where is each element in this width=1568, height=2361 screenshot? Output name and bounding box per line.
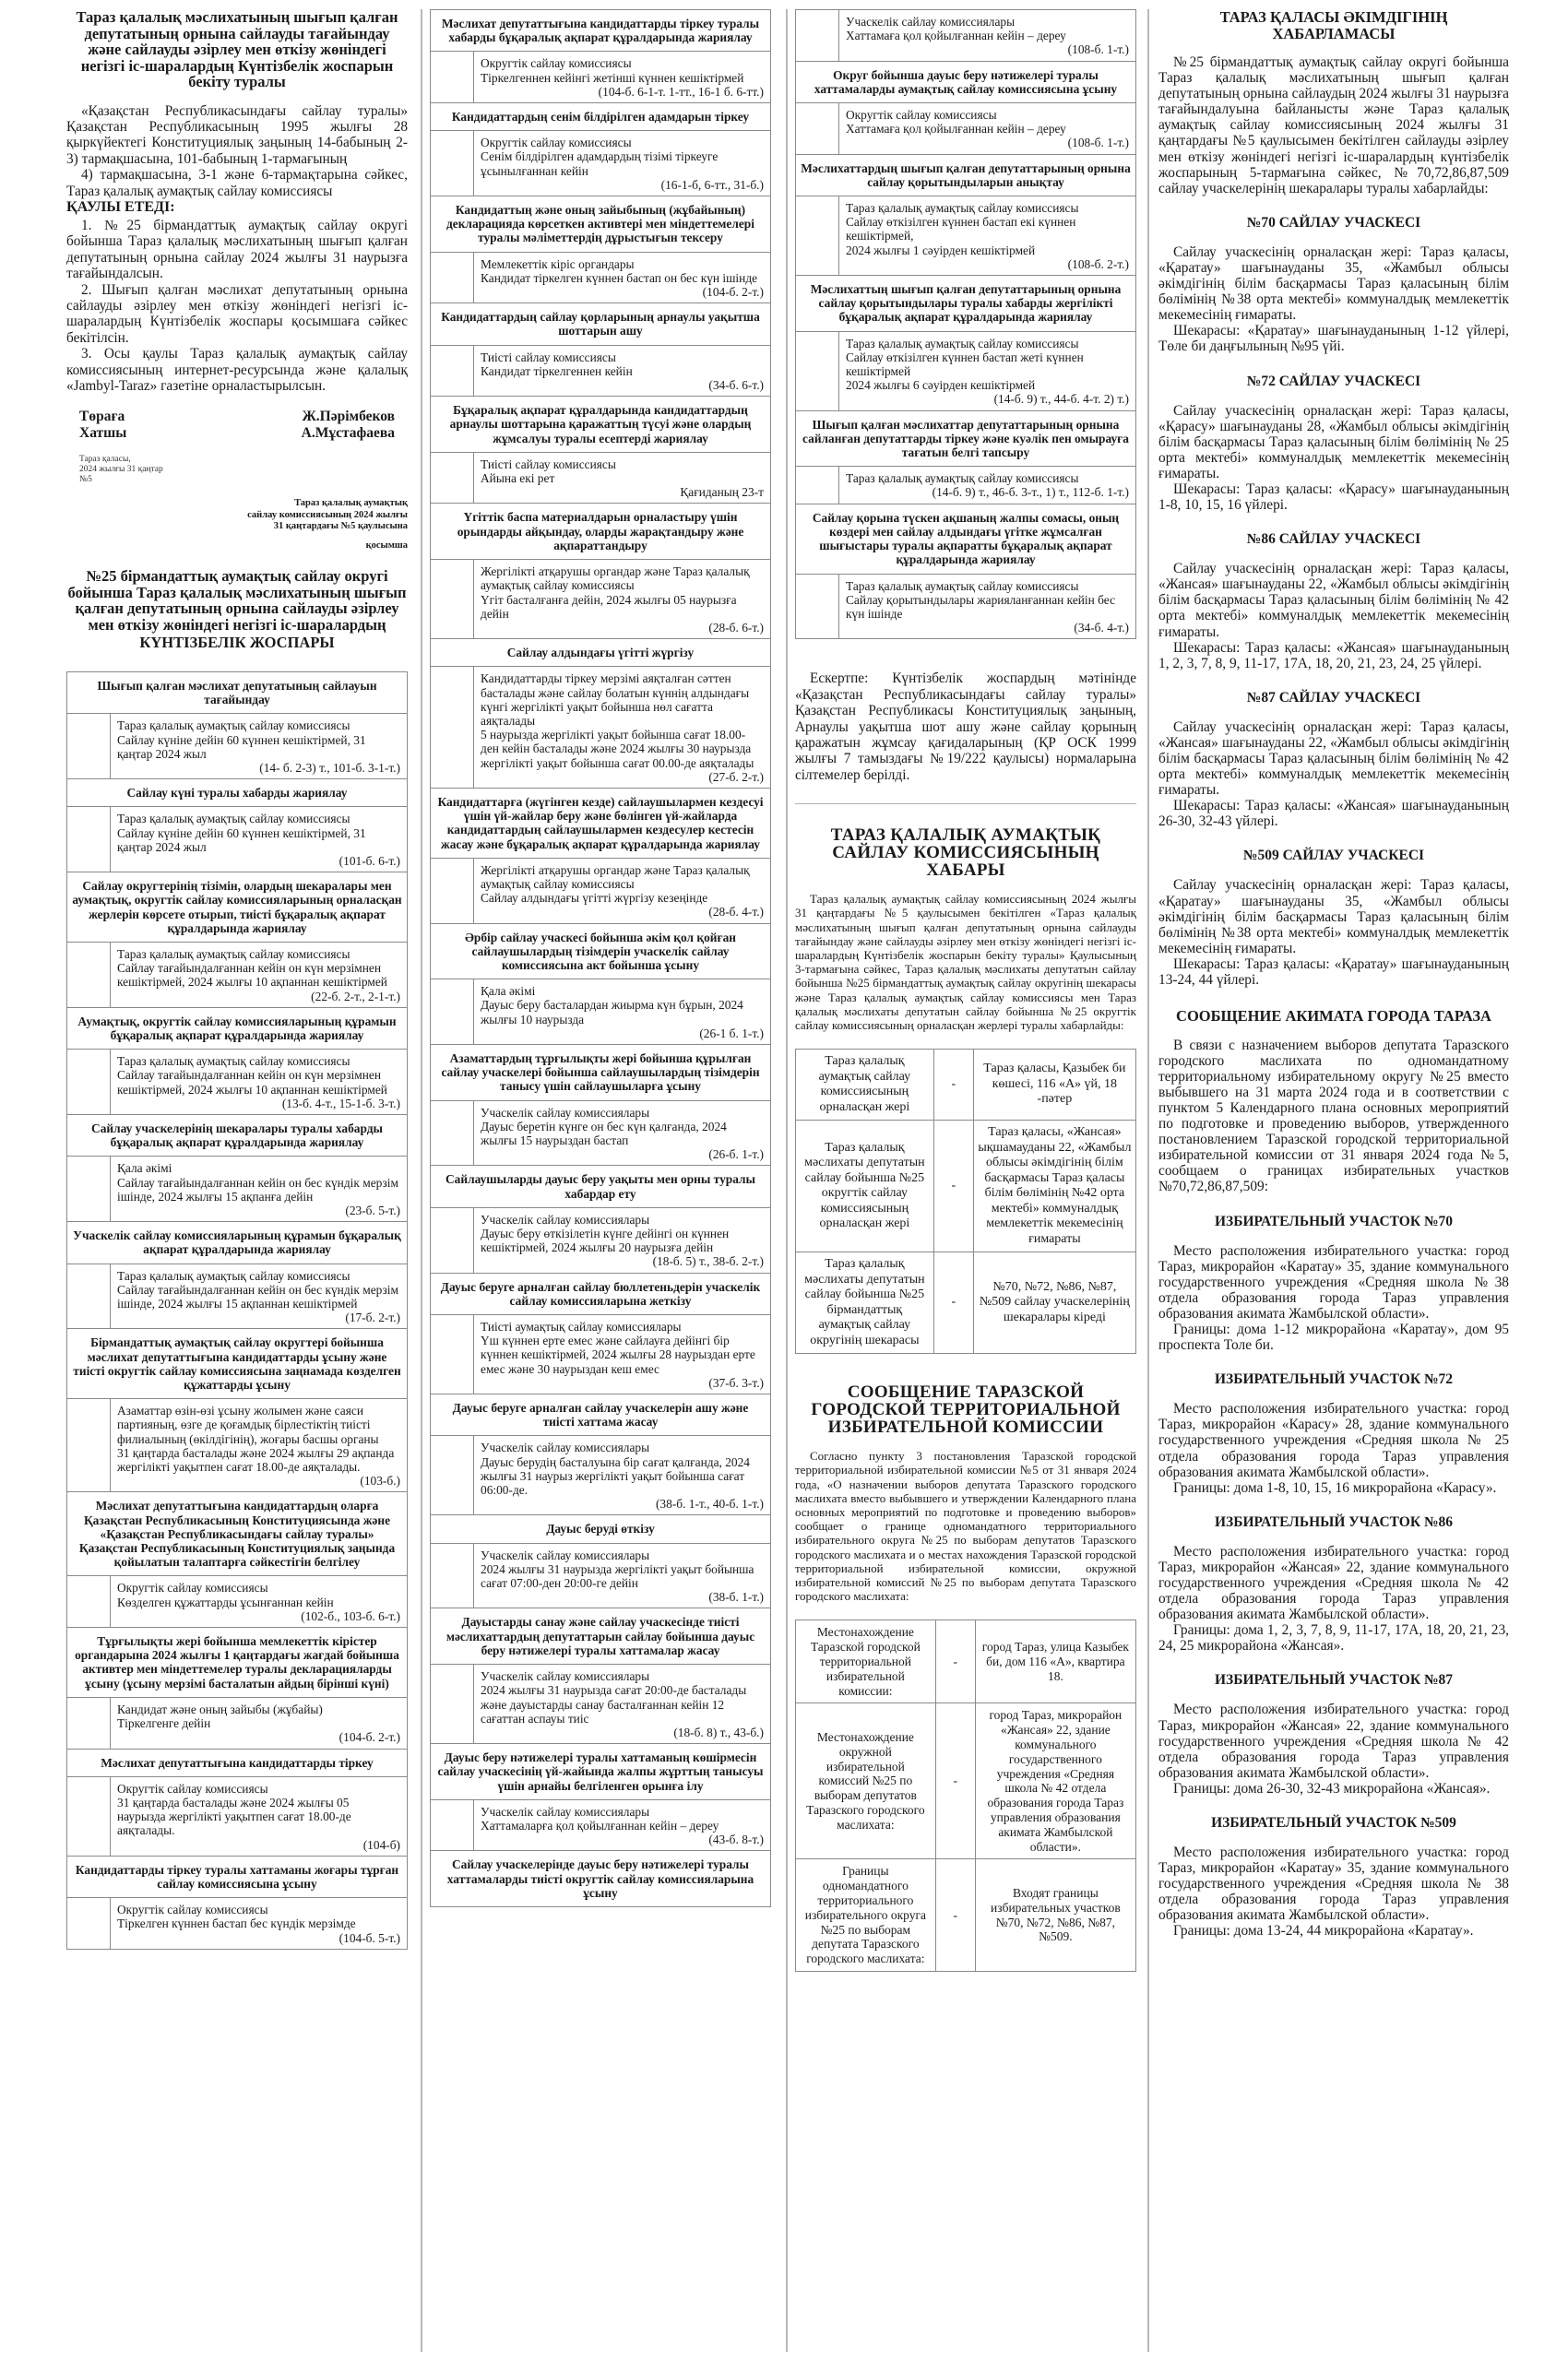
plan-row-detail: Жергілікті атқарушы органдар және Тараз …: [431, 560, 771, 639]
plan-row-heading: Дауыс беру нәтижелері туралы хаттаманың …: [431, 1744, 771, 1800]
precinct-bounds: Границы: дома 1-12 микрорайона «Каратау»…: [1158, 1322, 1509, 1353]
law-reference: Қағиданың 23-т: [481, 485, 764, 499]
akimat-kz-title: ТАРАЗ ҚАЛАСЫ ӘКІМДІГІНІҢ ХАБАРЛАМАСЫ: [1158, 9, 1509, 42]
plan-detail: Тараз қалалық аумақтық сайлау комиссиясы…: [839, 467, 1136, 504]
precinct-location: Место расположения избирательного участк…: [1158, 1845, 1509, 1923]
law-reference: (102-б., 103-б. 6-т.): [117, 1609, 400, 1623]
plan-detail: Кандидаттарды тіркеу мерзімі аяқталған с…: [474, 667, 771, 789]
plan-row-heading: Учаскелік сайлау комиссияларының құрамын…: [67, 1222, 408, 1264]
plan-detail-line: Учаскелік сайлау комиссиялары: [481, 1669, 764, 1683]
plan-detail-line: Тараз қалалық аумақтық сайлау комиссиясы: [117, 812, 400, 825]
ru-location-table: Местонахождение Таразской городской терр…: [795, 1619, 1136, 1972]
plan-row-heading: Кандидаттардың сенім білдірілген адамдар…: [431, 103, 771, 131]
law-reference: (14- б. 2-3) т., 101-б. 3-1-т.): [117, 761, 400, 775]
law-reference: (14-б. 9) т., 44-б. 4-т. 2) т.): [846, 392, 1129, 406]
precinct-location: Место расположения избирательного участк…: [1158, 1243, 1509, 1322]
plan-row-heading: Кандидаттарға (жүгінген кезде) сайлаушыл…: [431, 788, 771, 858]
annex-reference: Тараз қалалық аумақтық сайлау комиссиясы…: [66, 498, 408, 552]
plan-row-detail: Кандидат және оның зайыбы (жұбайы)Тіркел…: [67, 1697, 408, 1749]
plan-detail: Учаскелік сайлау комиссиялары2024 жылғы …: [474, 1543, 771, 1608]
plan-detail-line: Сенім білдірілген адамдардың тізімі тірк…: [481, 149, 764, 177]
column-divider: [1147, 9, 1149, 2352]
plan-row-heading: Азаматтардың тұрғылықты жері бойынша құр…: [431, 1044, 771, 1100]
plan-activity: Әрбір сайлау учаскесі бойынша әкім қол қ…: [431, 923, 771, 979]
plan-row-heading: Округ бойынша дауыс беру нәтижелері тура…: [796, 61, 1136, 102]
calendar-plan-table-part1: Шығып қалған мәслихат депутатының сайлау…: [66, 671, 408, 1950]
law-reference: (18-б. 5) т., 38-б. 2-т.): [481, 1254, 764, 1268]
plan-detail-line: Сайлау тағайындалғаннан кейін он бес күн…: [117, 1176, 400, 1204]
plan-row-detail: Тиісті сайлау комиссиясыАйына екі ретҚағ…: [431, 452, 771, 504]
precinct-title: ИЗБИРАТЕЛЬНЫЙ УЧАСТОК №72: [1158, 1371, 1509, 1388]
law-reference: (103-б.): [117, 1474, 400, 1488]
plan-detail-line: Айына екі рет: [481, 471, 764, 485]
plan-row-heading: Мәслихат депутаттығына кандидаттарды тір…: [67, 1749, 408, 1776]
plan-activity: Дауыстарды санау және сайлау учаскесінде…: [431, 1608, 771, 1665]
precinct-title: №70 САЙЛАУ УЧАСКЕСІ: [1158, 215, 1509, 231]
law-reference: (18-б. 8) т., 43-б.): [481, 1726, 764, 1739]
kz-location-table: Тараз қалалық аумақтық сайлау комиссиясы…: [795, 1049, 1136, 1354]
plan-detail: Округтік сайлау комиссиясыКөзделген құжа…: [111, 1576, 408, 1628]
plan-detail-line: Көзделген құжаттарды ұсынғаннан кейін: [117, 1596, 400, 1609]
plan-detail-line: Үгіт басталғанға дейін, 2024 жылғы 05 на…: [481, 593, 764, 621]
info-dash: -: [933, 1252, 973, 1354]
plan-detail-line: Тараз қалалық аумақтық сайлау комиссиясы: [117, 1269, 400, 1283]
plan-row-heading: Сайлау учаскелерінде дауыс беру нәтижеле…: [431, 1851, 771, 1907]
ru-precincts: ИЗБИРАТЕЛЬНЫЙ УЧАСТОК №70Место расположе…: [1158, 1214, 1509, 1940]
plan-activity: Бұқаралық ақпарат құралдарында кандидатт…: [431, 397, 771, 453]
plan-detail-line: Учаскелік сайлау комиссиялары: [481, 1441, 764, 1454]
plan-detail: Тараз қалалық аумақтық сайлау комиссиясы…: [111, 1264, 408, 1329]
plan-activity: Бірмандаттық аумақтық сайлау округтері б…: [67, 1329, 408, 1399]
plan-detail: Қала әкіміДауыс беру басталардан жиырма …: [474, 979, 771, 1045]
info-dash: -: [935, 1620, 975, 1703]
info-value: город Тараз, микрорайон «Жансая» 22, зда…: [975, 1703, 1135, 1859]
plan-detail-line: Тараз қалалық аумақтық сайлау комиссиясы: [117, 947, 400, 961]
plan-detail-line: Тіркелгенге дейін: [117, 1716, 400, 1730]
plan-detail: Жергілікті атқарушы органдар және Тараз …: [474, 560, 771, 639]
info-row: Тараз қалалық аумақтық сайлау комиссиясы…: [796, 1050, 1136, 1121]
plan-activity: Кандидаттардың сенім білдірілген адамдар…: [431, 103, 771, 131]
plan-row-heading: Бірмандаттық аумақтық сайлау округтері б…: [67, 1329, 408, 1399]
plan-row-heading: Кандидаттардың сайлау қорларының арнаулы…: [431, 303, 771, 345]
law-reference: (14-б. 9) т., 46-б. 3-т., 1) т., 112-б. …: [846, 485, 1129, 499]
info-dash: -: [933, 1121, 973, 1252]
plan-row-heading: Мәслихаттың шығып қалған депутаттарының …: [796, 276, 1136, 332]
precinct-location: Сайлау учаскесінің орналасқан жері: Тара…: [1158, 877, 1509, 955]
plan-detail: Учаскелік сайлау комиссиялары2024 жылғы …: [474, 1665, 771, 1744]
plan-detail: Тиісті аумақтық сайлау комиссияларыҮш кү…: [474, 1315, 771, 1394]
plan-activity: Аумақтық, округтік сайлау комиссияларыны…: [67, 1007, 408, 1049]
plan-activity: Дауыс беруді өткізу: [431, 1515, 771, 1543]
plan-detail-line: Округтік сайлау комиссиясы: [117, 1903, 400, 1916]
plan-row-detail: Тараз қалалық аумақтық сайлау комиссиясы…: [67, 714, 408, 779]
plan-activity: Мәслихат депутаттығына кандидаттарды тір…: [67, 1749, 408, 1776]
plan-row-detail: Округтік сайлау комиссиясыКөзделген құжа…: [67, 1576, 408, 1628]
plan-activity: Сайлау күні туралы хабарды жариялау: [67, 779, 408, 807]
info-value: Входят границы избирательных участков №7…: [975, 1859, 1135, 1972]
law-reference: (37-б. 3-т.): [481, 1376, 764, 1390]
info-value: Тараз қаласы, Қазыбек би көшесі, 116 «А»…: [973, 1050, 1135, 1121]
plan-title: №25 бірмандаттық аумақтық сайлау округі …: [66, 568, 408, 633]
ru-commission-notice-body: Согласно пункту 3 постановления Таразско…: [795, 1449, 1136, 1603]
signature-role: Төраға: [79, 409, 125, 425]
plan-detail-line: Учаскелік сайлау комиссиялары: [481, 1106, 764, 1120]
precinct-title: №87 САЙЛАУ УЧАСКЕСІ: [1158, 690, 1509, 706]
decree-item: 2. Шығып қалған мәслихат депутатының орн…: [66, 282, 408, 347]
precinct-title: ИЗБИРАТЕЛЬНЫЙ УЧАСТОК №509: [1158, 1815, 1509, 1832]
law-reference: (108-б. 1-т.): [846, 136, 1129, 149]
akimat-ru-title: СООБЩЕНИЕ АКИМАТА ГОРОДА ТАРАЗА: [1158, 1008, 1509, 1025]
plan-detail-line: Жергілікті атқарушы органдар және Тараз …: [481, 863, 764, 891]
plan-activity: Кандидаттарды тіркеу туралы хаттаманы жо…: [67, 1856, 408, 1897]
plan-row-detail: Учаскелік сайлау комиссияларыДауыс берет…: [431, 1100, 771, 1166]
plan-row-heading: Мәслихат депутаттығына кандидаттардың ол…: [67, 1492, 408, 1576]
plan-row-heading: Аумақтық, округтік сайлау комиссияларыны…: [67, 1007, 408, 1049]
law-reference: (26-1 б. 1-т.): [481, 1026, 764, 1040]
plan-row-detail: Тараз қалалық аумақтық сайлау комиссиясы…: [67, 942, 408, 1007]
decree-resolves: ҚАУЛЫ ЕТЕДІ:: [66, 199, 408, 216]
plan-row-detail: Тараз қалалық аумақтық сайлау комиссиясы…: [67, 1264, 408, 1329]
signature-row: Хатшы А.Мұстафаева: [66, 425, 408, 442]
column-3: Учаскелік сайлау комиссияларыХаттамаға қ…: [795, 0, 1136, 1972]
place-date: Тараз қаласы, 2024 жылғы 31 қаңтар №5: [79, 455, 408, 485]
plan-footnote: Ескертпе: Күнтізбелік жоспардың мәтінінд…: [795, 670, 1136, 783]
decree-item: 3. Осы қаулы Тараз қалалық аумақтық сайл…: [66, 346, 408, 394]
plan-detail-line: Дауыс беру басталардан жиырма күн бұрын,…: [481, 998, 764, 1026]
plan-row-heading: Кандидаттың және оның зайыбының (жұбайын…: [431, 196, 771, 253]
law-reference: (16-1-б, 6-тт., 31-б.): [481, 178, 764, 192]
plan-detail: Тараз қалалық аумақтық сайлау комиссиясы…: [839, 196, 1136, 276]
plan-row-heading: Сайлау алдындағы үгітті жүргізу: [431, 639, 771, 667]
law-reference: (38-б. 1-т., 40-б. 1-т.): [481, 1497, 764, 1511]
law-reference: (17-б. 2-т.): [117, 1311, 400, 1324]
plan-detail-line: Округтік сайлау комиссиясы: [481, 56, 764, 70]
law-reference: (104-б. 2-т.): [481, 285, 764, 299]
plan-detail: Учаскелік сайлау комиссияларыДауыс беруд…: [474, 1436, 771, 1515]
plan-detail-line: Округтік сайлау комиссиясы: [481, 136, 764, 149]
plan-detail-line: Сайлау өткізілген күннен бастап жеті күн…: [846, 350, 1129, 378]
plan-activity: Азаматтардың тұрғылықты жері бойынша құр…: [431, 1044, 771, 1100]
law-reference: (101-б. 6-т.): [117, 854, 400, 868]
plan-detail: Округтік сайлау комиссиясыТіркелген күнн…: [111, 1898, 408, 1950]
info-dash: -: [933, 1050, 973, 1121]
precinct-title: №72 САЙЛАУ УЧАСКЕСІ: [1158, 374, 1509, 390]
plan-row-heading: Дауыс беруді өткізу: [431, 1515, 771, 1543]
plan-activity: Дауыс беру нәтижелері туралы хаттаманың …: [431, 1744, 771, 1800]
plan-activity: Кандидаттардың сайлау қорларының арнаулы…: [431, 303, 771, 345]
precinct-location: Место расположения избирательного участк…: [1158, 1401, 1509, 1479]
plan-row-detail: Учаскелік сайлау комиссиялары2024 жылғы …: [431, 1543, 771, 1608]
plan-row-detail: Учаскелік сайлау комиссияларыХаттамаларғ…: [431, 1799, 771, 1851]
plan-detail-line: Сайлау қорытындылары жарияланғаннан кейі…: [846, 593, 1129, 621]
kz-commission-notice-title: ТАРАЗ ҚАЛАЛЫҚ АУМАҚТЫҚ САЙЛАУ КОМИССИЯСЫ…: [795, 826, 1136, 879]
decree-item: 1. №25 бірмандаттық аумақтық сайлау окру…: [66, 218, 408, 282]
plan-row-heading: Шығып қалған мәслихат депутатының сайлау…: [67, 671, 408, 713]
law-reference: (108-б. 1-т.): [846, 42, 1129, 56]
signature-name: А.Мұстафаева: [302, 425, 395, 442]
plan-title-main: КҮНТІЗБЕЛІК ЖОСПАРЫ: [66, 635, 408, 651]
plan-row-detail: Жергілікті атқарушы органдар және Тараз …: [431, 858, 771, 923]
law-reference: (13-б. 4-т., 15-1-б. 3-т.): [117, 1097, 400, 1110]
plan-row-heading: Мәслихат депутаттығына кандидаттарды тір…: [431, 10, 771, 52]
plan-detail-line: 31 қаңтарда басталады және 2024 жылғы 05…: [117, 1796, 400, 1838]
plan-detail-line: Хаттамаларға қол қойылғаннан кейін – дер…: [481, 1819, 764, 1833]
plan-detail-line: Тараз қалалық аумақтық сайлау комиссиясы: [117, 1054, 400, 1068]
plan-detail: Тараз қалалық аумақтық сайлау комиссиясы…: [839, 331, 1136, 410]
plan-row-heading: Әрбір сайлау учаскесі бойынша әкім қол қ…: [431, 923, 771, 979]
info-label: Границы одномандатного территориального …: [796, 1859, 936, 1972]
akimat-kz-intro: №25 бірмандаттық аумақтық сайлау округі …: [1158, 54, 1509, 196]
column-4: ТАРАЗ ҚАЛАСЫ ӘКІМДІГІНІҢ ХАБАРЛАМАСЫ №25…: [1158, 0, 1509, 1940]
signature-name: Ж.Пәрімбеков: [302, 409, 395, 425]
law-reference: (28-б. 4-т.): [481, 905, 764, 919]
law-reference: (27-б. 2-т.): [481, 770, 764, 784]
plan-detail-line: Дауыс беру өткізілетін күнге дейінгі он …: [481, 1227, 764, 1254]
plan-row-heading: Тұрғылықты жері бойынша мемлекеттік кірі…: [67, 1628, 408, 1698]
plan-row-heading: Сайлау округтерінің тізімін, олардың шек…: [67, 872, 408, 943]
plan-detail-line: 2024 жылғы 31 наурызда жергілікті уақыт …: [481, 1562, 764, 1590]
plan-row-detail: Учаскелік сайлау комиссияларыДауыс беру …: [431, 1207, 771, 1273]
plan-row-detail: Тараз қалалық аумақтық сайлау комиссиясы…: [796, 467, 1136, 504]
precinct-bounds: Шекарасы: Тараз қаласы: «Жансая» шағынау…: [1158, 798, 1509, 829]
plan-activity: Мәслихаттың шығып қалған депутаттарының …: [796, 276, 1136, 332]
plan-row-detail: Округтік сайлау комиссиясы31 қаңтарда ба…: [67, 1776, 408, 1856]
law-reference: (108-б. 2-т.): [846, 257, 1129, 271]
plan-detail: Тараз қалалық аумақтық сайлау комиссиясы…: [839, 574, 1136, 639]
plan-detail-line: Сайлау алдындағы үгітті жүргізу кезеңінд…: [481, 891, 764, 905]
law-reference: (23-б. 5-т.): [117, 1204, 400, 1217]
plan-row-detail: Тиісті аумақтық сайлау комиссияларыҮш кү…: [431, 1315, 771, 1394]
precinct-location: Место расположения избирательного участк…: [1158, 1544, 1509, 1622]
plan-detail: Тараз қалалық аумақтық сайлау комиссиясы…: [111, 942, 408, 1007]
decree-preamble-cont: 4) тармақшасына, 3-1 және 6-тармақтарына…: [66, 167, 408, 199]
plan-detail-line: Тараз қалалық аумақтық сайлау комиссиясы: [117, 718, 400, 732]
plan-activity: Сайлау учаскелерінде дауыс беру нәтижеле…: [431, 1851, 771, 1907]
plan-activity: Кандидаттарға (жүгінген кезде) сайлаушыл…: [431, 788, 771, 858]
precinct-location: Сайлау учаскесінің орналасқан жері: Тара…: [1158, 561, 1509, 639]
plan-detail-line: Учаскелік сайлау комиссиялары: [481, 1548, 764, 1562]
info-label: Местонахождение окружной избирательной к…: [796, 1703, 936, 1859]
plan-row-heading: Бұқаралық ақпарат құралдарында кандидатт…: [431, 397, 771, 453]
plan-detail-line: Кандидаттарды тіркеу мерзімі аяқталған с…: [481, 671, 764, 728]
plan-detail-line: Қала әкімі: [117, 1161, 400, 1175]
plan-detail-line: Округтік сайлау комиссиясы: [846, 108, 1129, 122]
plan-detail-line: Округтік сайлау комиссиясы: [117, 1581, 400, 1595]
info-dash: -: [935, 1859, 975, 1972]
plan-detail-line: Хаттамаға қол қойылғаннан кейін – дереу: [846, 122, 1129, 136]
law-reference: (28-б. 6-т.): [481, 621, 764, 635]
column-divider: [421, 9, 422, 2352]
precinct-location: Сайлау учаскесінің орналасқан жері: Тара…: [1158, 719, 1509, 798]
plan-detail-line: Тараз қалалық аумақтық сайлау комиссиясы: [846, 337, 1129, 350]
precinct-bounds: Шекарасы: Тараз қаласы: «Жансая» шағынау…: [1158, 640, 1509, 671]
info-label: Тараз қалалық аумақтық сайлау комиссиясы…: [796, 1050, 934, 1121]
plan-detail-line: Кандидат тіркелген күннен бастап он бес …: [481, 271, 764, 285]
plan-row-detail: Тараз қалалық аумақтық сайлау комиссиясы…: [67, 807, 408, 872]
plan-detail-line: 2024 жылғы 31 наурызда сағат 20:00-де ба…: [481, 1683, 764, 1726]
plan-detail-line: Жергілікті атқарушы органдар және Тараз …: [481, 564, 764, 592]
plan-detail: Азаматтар өзін-өзі ұсыну жолымен және са…: [111, 1399, 408, 1492]
plan-detail: Учаскелік сайлау комиссияларыДауыс берет…: [474, 1100, 771, 1166]
plan-row-heading: Сайлау қорына түскен ақшаның жалпы сомас…: [796, 504, 1136, 574]
plan-row-heading: Кандидаттарды тіркеу туралы хаттаманы жо…: [67, 1856, 408, 1897]
precinct-title: ИЗБИРАТЕЛЬНЫЙ УЧАСТОК №86: [1158, 1514, 1509, 1531]
plan-row-heading: Мәслихаттардың шығып қалған депутаттарын…: [796, 154, 1136, 196]
plan-detail-line: 2024 жылғы 6 сәуірден кешіктірмей: [846, 378, 1129, 392]
plan-row-detail: Тараз қалалық аумақтық сайлау комиссиясы…: [796, 196, 1136, 276]
info-dash: -: [935, 1703, 975, 1859]
precinct-location: Сайлау учаскесінің орналасқан жері: Тара…: [1158, 403, 1509, 481]
plan-row-detail: Тараз қалалық аумақтық сайлау комиссиясы…: [796, 574, 1136, 639]
plan-activity: Сайлау учаскелерінің шекаралары туралы х…: [67, 1114, 408, 1156]
plan-detail-line: 5 наурызда жергілікті уақыт бойынша саға…: [481, 728, 764, 770]
plan-row-detail: Учаскелік сайлау комиссияларыХаттамаға қ…: [796, 10, 1136, 62]
precinct-bounds: Границы: дома 26-30, 32-43 микрорайона «…: [1158, 1781, 1509, 1797]
plan-row-heading: Шығып қалған мәслихаттар депутаттарының …: [796, 410, 1136, 467]
precinct-bounds: Шекарасы: «Қаратау» шағынауданының 1-12 …: [1158, 323, 1509, 354]
plan-detail: Тиісті сайлау комиссиясыКандидат тіркелг…: [474, 345, 771, 397]
decree-title: Тараз қалалық мәслихатының шығып қалған …: [66, 9, 408, 90]
plan-row-heading: Сайлау учаскелерінің шекаралары туралы х…: [67, 1114, 408, 1156]
plan-detail-line: 2024 жылғы 1 сәуірден кешіктірмей: [846, 243, 1129, 257]
plan-detail-line: Тиісті аумақтық сайлау комиссиялары: [481, 1320, 764, 1334]
plan-detail-line: Тиісті сайлау комиссиясы: [481, 350, 764, 364]
plan-detail-line: Хаттамаға қол қойылғаннан кейін – дереу: [846, 29, 1129, 42]
plan-detail-line: Тіркелген күннен бастап бес күндік мерзі…: [117, 1916, 400, 1930]
precinct-title: ИЗБИРАТЕЛЬНЫЙ УЧАСТОК №87: [1158, 1672, 1509, 1689]
plan-row-heading: Үгіттік баспа материалдарын орналастыру …: [431, 504, 771, 560]
column-1: Тараз қалалық мәслихатының шығып қалған …: [66, 0, 408, 1950]
plan-detail-line: Қала әкімі: [481, 984, 764, 998]
plan-row-detail: Тараз қалалық аумақтық сайлау комиссиясы…: [67, 1050, 408, 1115]
plan-activity: Кандидаттың және оның зайыбының (жұбайын…: [431, 196, 771, 253]
law-reference: (38-б. 1-т.): [481, 1590, 764, 1604]
plan-detail-line: Дауыс беретін күнге он бес күн қалғанда,…: [481, 1120, 764, 1147]
plan-row-detail: Қала әкіміСайлау тағайындалғаннан кейін …: [67, 1157, 408, 1222]
plan-row-heading: Дауыс беруге арналған сайлау бюллетеньде…: [431, 1273, 771, 1314]
plan-row-heading: Сайлаушыларды дауыс беру уақыты мен орны…: [431, 1166, 771, 1207]
precinct-bounds: Границы: дома 1, 2, 3, 7, 8, 9, 11-17, 1…: [1158, 1622, 1509, 1654]
plan-activity: Тұрғылықты жері бойынша мемлекеттік кірі…: [67, 1628, 408, 1698]
plan-detail: Округтік сайлау комиссиясыСенім білдіріл…: [474, 131, 771, 196]
precinct-title: №86 САЙЛАУ УЧАСКЕСІ: [1158, 531, 1509, 548]
plan-row-heading: Сайлау күні туралы хабарды жариялау: [67, 779, 408, 807]
plan-detail-line: Сайлау күніне дейін 60 күннен кешіктірме…: [117, 826, 400, 854]
plan-detail: Кандидат және оның зайыбы (жұбайы)Тіркел…: [111, 1697, 408, 1749]
akimat-ru-intro: В связи с назначением выборов депутата Т…: [1158, 1038, 1509, 1195]
plan-detail-line: 31 қаңтарда басталады және 2024 жылғы 29…: [117, 1446, 400, 1474]
plan-detail: Округтік сайлау комиссиясыХаттамаға қол …: [839, 103, 1136, 155]
plan-detail: Учаскелік сайлау комиссияларыХаттамаларғ…: [474, 1799, 771, 1851]
plan-detail-line: Сайлау тағайындалғаннан кейін он бес күн…: [117, 1283, 400, 1311]
info-label: Местонахождение Таразской городской терр…: [796, 1620, 936, 1703]
plan-detail-line: Кандидат тіркелгеннен кейін: [481, 364, 764, 378]
column-2: Мәслихат депутаттығына кандидаттарды тір…: [430, 0, 771, 1907]
plan-detail: Округтік сайлау комиссиясы31 қаңтарда ба…: [111, 1776, 408, 1856]
plan-detail: Мемлекеттік кіріс органдарыКандидат тірк…: [474, 252, 771, 303]
law-reference: (43-б. 8-т.): [481, 1833, 764, 1846]
plan-row-heading: Дауыс беруге арналған сайлау учаскелерін…: [431, 1394, 771, 1436]
plan-activity: Шығып қалған мәслихаттар депутаттарының …: [796, 410, 1136, 467]
plan-activity: Дауыс беруге арналған сайлау учаскелерін…: [431, 1394, 771, 1436]
info-label: Тараз қалалық мәслихаты депутатын сайлау…: [796, 1252, 934, 1354]
plan-activity: Учаскелік сайлау комиссияларының құрамын…: [67, 1222, 408, 1264]
law-reference: (104-б. 5-т.): [117, 1931, 400, 1945]
ru-commission-notice-title: СООБЩЕНИЕ ТАРАЗСКОЙ ГОРОДСКОЙ ТЕРРИТОРИА…: [795, 1383, 1136, 1436]
kz-precincts: №70 САЙЛАУ УЧАСКЕСІСайлау учаскесінің ор…: [1158, 215, 1509, 988]
calendar-plan-table-part2: Мәслихат депутаттығына кандидаттарды тір…: [430, 9, 771, 1907]
plan-row-detail: Тараз қалалық аумақтық сайлау комиссиясы…: [796, 331, 1136, 410]
plan-row-detail: Кандидаттарды тіркеу мерзімі аяқталған с…: [431, 667, 771, 789]
plan-detail-line: Учаскелік сайлау комиссиялары: [481, 1213, 764, 1227]
column-divider: [786, 9, 788, 2352]
plan-row-detail: Округтік сайлау комиссиясыСенім білдіріл…: [431, 131, 771, 196]
law-reference: (104-б. 6-1-т. 1-тт., 16-1 б. 6-тт.): [481, 85, 764, 99]
precinct-bounds: Границы: дома 13-24, 44 микрорайона «Кар…: [1158, 1923, 1509, 1939]
plan-activity: Дауыс беруге арналған сайлау бюллетеньде…: [431, 1273, 771, 1314]
plan-detail: Тараз қалалық аумақтық сайлау комиссиясы…: [111, 807, 408, 872]
plan-detail-line: Үш күннен ерте емес және сайлауға дейінг…: [481, 1334, 764, 1376]
plan-activity: Сайлаушыларды дауыс беру уақыты мен орны…: [431, 1166, 771, 1207]
law-reference: (22-б. 2-т., 2-1-т.): [117, 990, 400, 1003]
law-reference: (34-б. 4-т.): [846, 621, 1129, 635]
calendar-plan-table-part3: Учаскелік сайлау комиссияларыХаттамаға қ…: [795, 9, 1136, 639]
plan-detail-line: Азаматтар өзін-өзі ұсыну жолымен және са…: [117, 1404, 400, 1446]
plan-row-detail: Мемлекеттік кіріс органдарыКандидат тірк…: [431, 252, 771, 303]
precinct-title: №509 САЙЛАУ УЧАСКЕСІ: [1158, 848, 1509, 864]
precinct-bounds: Шекарасы: Тараз қаласы: «Қаратау» шағына…: [1158, 956, 1509, 988]
info-row: Местонахождение Таразской городской терр…: [796, 1620, 1136, 1703]
plan-row-detail: Округтік сайлау комиссиясыТіркелгеннен к…: [431, 52, 771, 103]
plan-detail-line: Тараз қалалық аумақтық сайлау комиссиясы: [846, 579, 1129, 593]
plan-detail: Учаскелік сайлау комиссияларыДауыс беру …: [474, 1207, 771, 1273]
plan-activity: Округ бойынша дауыс беру нәтижелері тура…: [796, 61, 1136, 102]
plan-row-detail: Округтік сайлау комиссиясыТіркелген күнн…: [67, 1898, 408, 1950]
law-reference: (26-б. 1-т.): [481, 1147, 764, 1161]
decree-preamble: «Қазақстан Республикасындағы сайлау тура…: [66, 103, 408, 168]
info-label: Тараз қалалық мәслихаты депутатын сайлау…: [796, 1121, 934, 1252]
law-reference: (104-б. 2-т.): [117, 1730, 400, 1744]
plan-detail: Қала әкіміСайлау тағайындалғаннан кейін …: [111, 1157, 408, 1222]
precinct-location: Место расположения избирательного участк…: [1158, 1702, 1509, 1780]
precinct-bounds: Шекарасы: Тараз қаласы: «Қарасу» шағынау…: [1158, 481, 1509, 513]
kz-commission-notice-body: Тараз қалалық аумақтық сайлау комиссиясы…: [795, 892, 1136, 1032]
plan-row-detail: Азаматтар өзін-өзі ұсыну жолымен және са…: [67, 1399, 408, 1492]
plan-row-heading: Дауыстарды санау және сайлау учаскесінде…: [431, 1608, 771, 1665]
plan-row-detail: Учаскелік сайлау комиссиялары2024 жылғы …: [431, 1665, 771, 1744]
info-value: город Тараз, улица Казыбек би, дом 116 «…: [975, 1620, 1135, 1703]
plan-detail-line: Сайлау күніне дейін 60 күннен кешіктірме…: [117, 733, 400, 761]
law-reference: (34-б. 6-т.): [481, 378, 764, 392]
signature-row: Төраға Ж.Пәрімбеков: [66, 409, 408, 425]
plan-activity: Үгіттік баспа материалдарын орналастыру …: [431, 504, 771, 560]
plan-detail: Округтік сайлау комиссиясыТіркелгеннен к…: [474, 52, 771, 103]
plan-detail-line: Учаскелік сайлау комиссиялары: [481, 1805, 764, 1819]
plan-activity: Сайлау округтерінің тізімін, олардың шек…: [67, 872, 408, 943]
plan-detail: Тараз қалалық аумақтық сайлау комиссиясы…: [111, 1050, 408, 1115]
info-value: Тараз қаласы, «Жансая» ықшамауданы 22, «…: [973, 1121, 1135, 1252]
plan-detail-line: Учаскелік сайлау комиссиялары: [846, 15, 1129, 29]
plan-detail-line: Сайлау тағайындалғаннан кейін он күн мер…: [117, 1068, 400, 1096]
signature-role: Хатшы: [79, 425, 126, 442]
plan-row-detail: Тиісті сайлау комиссиясыКандидат тіркелг…: [431, 345, 771, 397]
plan-detail-line: Округтік сайлау комиссиясы: [117, 1782, 400, 1796]
plan-activity: Мәслихаттардың шығып қалған депутаттарын…: [796, 154, 1136, 196]
info-value: №70, №72, №86, №87, №509 сайлау учаскеле…: [973, 1252, 1135, 1354]
plan-detail: Жергілікті атқарушы органдар және Тараз …: [474, 858, 771, 923]
plan-row-detail: Округтік сайлау комиссиясыХаттамаға қол …: [796, 103, 1136, 155]
precinct-location: Сайлау учаскесінің орналасқан жері: Тара…: [1158, 244, 1509, 323]
